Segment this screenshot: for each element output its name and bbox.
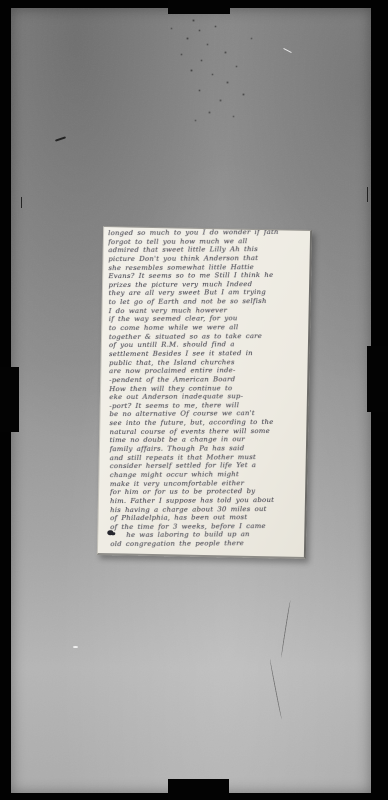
handwriting-block: longed so much to you I do wonder if fat… — [108, 228, 309, 549]
film-holder-notch-left — [0, 367, 19, 432]
fleck-white — [73, 646, 78, 648]
handwriting-line: longed so much to you I do wonder if fat… — [108, 228, 307, 238]
photo-frame: { "scene": { "description": "Black-and-w… — [0, 0, 388, 800]
curved-scratch — [280, 600, 291, 658]
scratch-white — [283, 48, 291, 53]
curved-scratch — [269, 658, 283, 719]
dark-tick-mark — [21, 197, 22, 208]
film-holder-notch-top — [168, 0, 230, 14]
dark-dash-mark — [55, 136, 66, 141]
dust-specks — [11, 8, 12, 9]
film-holder-notch-right — [367, 346, 388, 412]
letter-paper: longed so much to you I do wonder if fat… — [97, 226, 312, 559]
dark-tick-mark — [367, 187, 368, 202]
handwriting-line: old congregation the people there — [110, 539, 309, 549]
film-holder-notch-bottom — [168, 779, 229, 800]
